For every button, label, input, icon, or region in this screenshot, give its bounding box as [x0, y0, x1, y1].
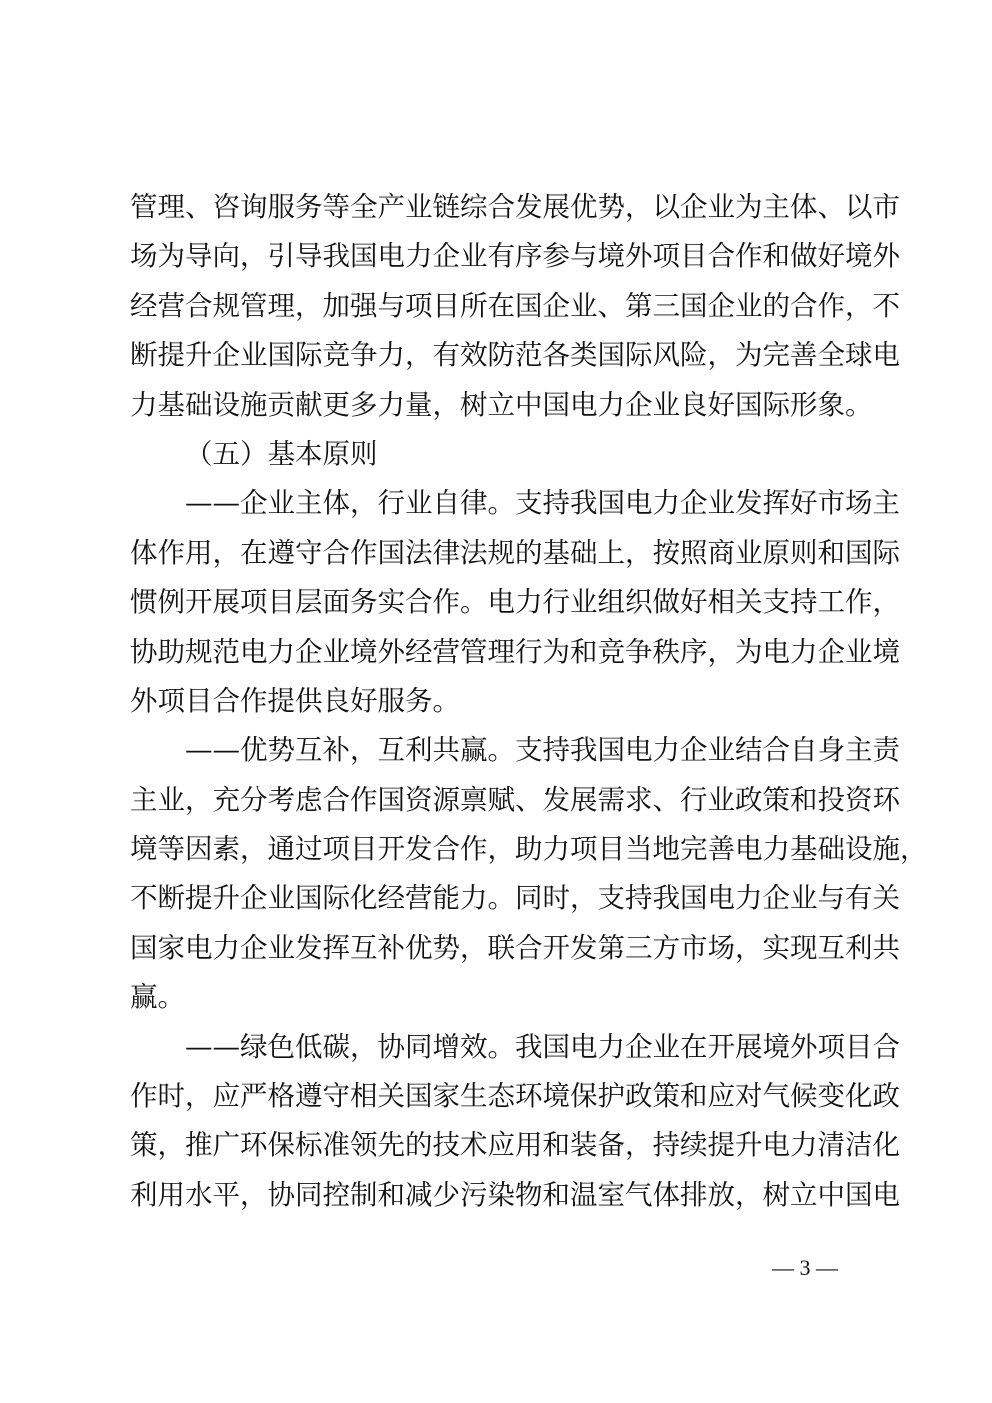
- text-line: 作时，应严格遵守相关国家生态环境保护政策和应对气候变化政: [130, 1072, 862, 1121]
- text-line: 惯例开展项目层面务实合作。电力行业组织做好相关支持工作，: [130, 578, 862, 627]
- text-line: 经营合规管理，加强与项目所在国企业、第三国企业的合作，不: [130, 282, 862, 331]
- text-line: 国家电力企业发挥互补优势，联合开发第三方市场，实现互利共: [130, 924, 862, 973]
- paragraph-continuation: 管理、咨询服务等全产业链综合发展优势，以企业为主体、以市 场为导向，引导我国电力…: [130, 183, 862, 430]
- document-body: 管理、咨询服务等全产业链综合发展优势，以企业为主体、以市 场为导向，引导我国电力…: [130, 183, 862, 1220]
- text-line: 不断提升企业国际化经营能力。同时，支持我国电力企业与有关: [130, 874, 862, 923]
- paragraph-principle-enterprise-subject: ——企业主体，行业自律。支持我国电力企业发挥好市场主 体作用，在遵守合作国法律法…: [130, 479, 862, 726]
- section-heading: （五）基本原则: [130, 430, 862, 479]
- text-line: 利用水平，协同控制和减少污染物和温室气体排放，树立中国电: [130, 1171, 862, 1220]
- document-page: 管理、咨询服务等全产业链综合发展优势，以企业为主体、以市 场为导向，引导我国电力…: [0, 0, 992, 1403]
- page-number: — 3 —: [760, 1253, 850, 1283]
- text-line: ——绿色低碳，协同增效。我国电力企业在开展境外项目合: [130, 1023, 862, 1072]
- text-line: 外项目合作提供良好服务。: [130, 677, 862, 726]
- text-line: 策，推广环保标准领先的技术应用和装备，持续提升电力清洁化: [130, 1121, 862, 1170]
- text-line: 体作用，在遵守合作国法律法规的基础上，按照商业原则和国际: [130, 529, 862, 578]
- text-line: ——优势互补，互利共赢。支持我国电力企业结合自身主责: [130, 726, 862, 775]
- text-line: 主业，充分考虑合作国资源禀赋、发展需求、行业政策和投资环: [130, 776, 862, 825]
- text-line: 境等因素，通过项目开发合作，助力项目当地完善电力基础设施，: [130, 825, 862, 874]
- text-line: 断提升企业国际竞争力，有效防范各类国际风险，为完善全球电: [130, 331, 862, 380]
- paragraph-principle-mutual-benefit: ——优势互补，互利共赢。支持我国电力企业结合自身主责 主业，充分考虑合作国资源禀…: [130, 726, 862, 1022]
- text-line: 场为导向，引导我国电力企业有序参与境外项目合作和做好境外: [130, 232, 862, 281]
- section-heading-text: （五）基本原则: [130, 430, 862, 479]
- text-line: ——企业主体，行业自律。支持我国电力企业发挥好市场主: [130, 479, 862, 528]
- text-line: 协助规范电力企业境外经营管理行为和竞争秩序，为电力企业境: [130, 628, 862, 677]
- text-line: 管理、咨询服务等全产业链综合发展优势，以企业为主体、以市: [130, 183, 862, 232]
- paragraph-principle-green-low-carbon: ——绿色低碳，协同增效。我国电力企业在开展境外项目合 作时，应严格遵守相关国家生…: [130, 1023, 862, 1221]
- text-line: 力基础设施贡献更多力量，树立中国电力企业良好国际形象。: [130, 381, 862, 430]
- text-line: 赢。: [130, 973, 862, 1022]
